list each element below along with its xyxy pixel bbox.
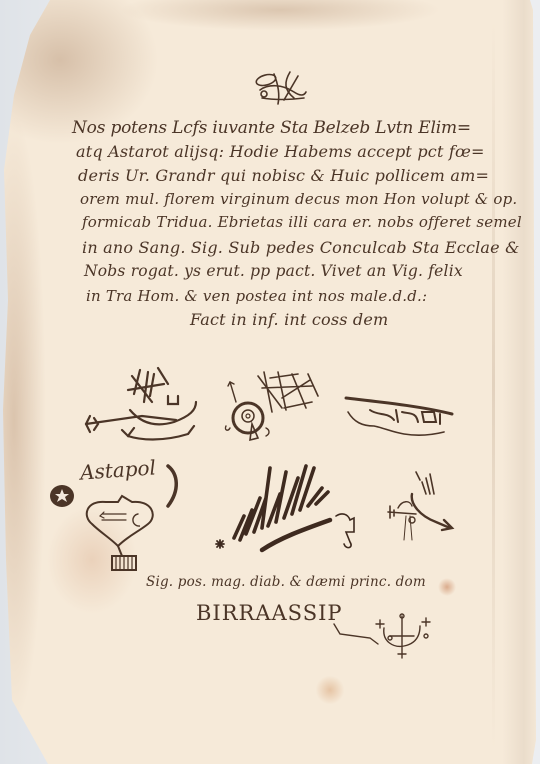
star-seal-icon <box>49 484 75 508</box>
manuscript-page: Nos potens Lcfs iuvante Sta Belzeb Lvtn … <box>0 0 540 764</box>
heart-sigil-icon <box>82 460 192 580</box>
elimi-signature-icon <box>340 392 460 442</box>
eye-circle-sigil-icon <box>222 368 332 448</box>
text-line-3: deris Ur. Grandr qui nobisc & Huic polli… <box>78 166 489 185</box>
hooked-sigil-icon <box>386 464 466 544</box>
paper-fold-line <box>492 20 495 750</box>
text-line-6: in ano Sang. Sig. Sub pedes Conculcab St… <box>82 238 520 257</box>
text-line-1: Nos potens Lcfs iuvante Sta Belzeb Lvtn … <box>72 118 471 138</box>
lucifer-signature-icon <box>210 458 370 554</box>
scribe-signature: BIRRAASSIP <box>196 601 343 625</box>
text-line-4: orem mul. florem virginum decus mon Hon … <box>80 190 517 208</box>
text-line-8: in Tra Hom. & ven postea int nos male.d.… <box>86 287 427 305</box>
fish-trident-sigil-icon <box>84 366 214 446</box>
text-line-2: atq Astarot alijsq: Hodie Habems accept … <box>76 142 485 161</box>
monogram-icon <box>254 70 310 110</box>
mercury-sigil-icon <box>360 612 440 662</box>
footer-line-1: Sig. pos. mag. diab. & dæmi princ. dom <box>146 574 426 590</box>
text-line-7: Nobs rogat. ys erut. pp pact. Vivet an V… <box>84 262 463 280</box>
text-line-closing: Fact in inf. int coss dem <box>190 310 388 329</box>
text-line-5: formicab Tridua. Ebrietas illi cara er. … <box>82 213 522 231</box>
